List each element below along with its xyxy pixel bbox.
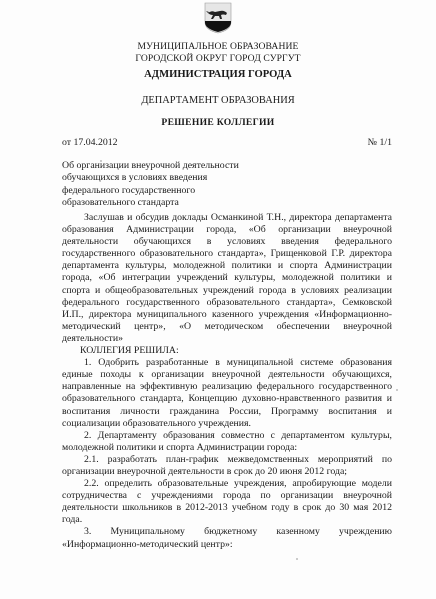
municipality-line-1: МУНИЦИПАЛЬНОЕ ОБРАЗОВАНИЕ <box>0 41 436 53</box>
decision-item-2-2: 2.2. определить образовательные учрежден… <box>62 478 392 526</box>
department-heading: ДЕПАРТАМЕНТ ОБРАЗОВАНИЯ <box>0 95 436 106</box>
municipality-line-2: ГОРОДСКОЙ ОКРУГ ГОРОД СУРГУТ <box>0 53 436 65</box>
document-type-heading: РЕШЕНИЕ КОЛЛЕГИИ <box>0 117 436 128</box>
document-body: Заслушав и обсудив доклады Османкиной Т.… <box>62 212 392 551</box>
decision-item-2: 2. Департаменту образования совместно с … <box>62 430 392 454</box>
coat-of-arms-icon <box>203 2 233 34</box>
scan-speck <box>396 389 398 391</box>
document-page: МУНИЦИПАЛЬНОЕ ОБРАЗОВАНИЕ ГОРОДСКОЙ ОКРУ… <box>0 0 436 599</box>
scan-speck <box>100 160 102 162</box>
document-date: от 17.04.2012 <box>62 137 118 148</box>
subject-line: обучающихся в условиях введения <box>62 172 239 184</box>
municipality-heading: МУНИЦИПАЛЬНОЕ ОБРАЗОВАНИЕ ГОРОДСКОЙ ОКРУ… <box>0 41 436 64</box>
decision-heading: КОЛЛЕГИЯ РЕШИЛА: <box>62 345 392 357</box>
document-subject: Об организации внеурочной деятельности о… <box>62 160 239 209</box>
subject-line: Об организации внеурочной деятельности <box>62 160 239 172</box>
decision-item-1: 1. Одобрить разработанные в муниципально… <box>62 357 392 430</box>
decision-item-3: 3. Муниципальному бюджетному казенному у… <box>62 526 392 550</box>
document-number: № 1/1 <box>368 137 392 148</box>
decision-item-2-1: 2.1. разработать план-график межведомств… <box>62 454 392 478</box>
preamble-paragraph: Заслушав и обсудив доклады Османкиной Т.… <box>62 212 392 345</box>
subject-line: федерального государственного <box>62 185 239 197</box>
administration-heading: АДМИНИСТРАЦИЯ ГОРОДА <box>0 69 436 80</box>
subject-line: образовательного стандарта <box>62 197 239 209</box>
scan-speck <box>296 558 298 560</box>
